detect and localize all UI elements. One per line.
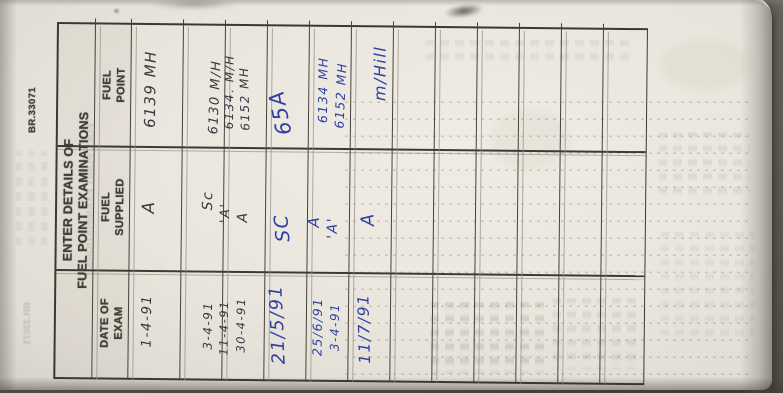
entry-fuel-supplied-6: 'A' xyxy=(323,212,343,244)
form-number: BR.33071 xyxy=(25,84,40,136)
entry-fuel-point-4: 65A xyxy=(257,79,303,146)
entry-date-5: 25/6/91 xyxy=(307,280,327,374)
grid-vline xyxy=(599,24,604,385)
column-header-fuel-supplied: FUEL SUPPLIED xyxy=(97,148,129,265)
fuel-exam-table: ENTER DETAILS OF FUEL POINT EXAMINATIONS… xyxy=(53,22,648,385)
entry-fuel-point-7: m/Hill xyxy=(364,24,395,122)
entry-date-7: 11/7/91 xyxy=(348,283,380,374)
column-header-date-of-exam: DATE OF EXAM xyxy=(96,272,128,373)
entry-fuel-supplied-7: A xyxy=(353,201,383,239)
entry-fuel-supplied-3: A xyxy=(233,200,253,234)
table-title-line1: ENTER DETAILS OF xyxy=(60,112,77,289)
grid-vline xyxy=(473,22,478,383)
entry-fuel-supplied-5: A xyxy=(303,206,325,236)
entry-date-3: 30-4-91 xyxy=(231,280,250,370)
entry-date-4: 21/5/91 xyxy=(257,271,297,378)
grid-hline xyxy=(58,145,646,153)
entry-date-2: 11-4-91 xyxy=(214,286,233,370)
entry-date-0: 1-4-91 xyxy=(133,278,160,364)
scan-smudge xyxy=(150,0,238,10)
show-through-text-smudge xyxy=(660,232,755,342)
scan-smudge xyxy=(113,8,120,14)
show-through-text-smudge xyxy=(658,132,750,196)
column-header-fuel-point: FUEL POINT xyxy=(99,28,131,141)
entry-fuel-supplied-0: A xyxy=(135,186,163,228)
grid-vline xyxy=(515,23,520,384)
grid-vline xyxy=(557,23,562,384)
entry-fuel-point-6: 6152 MH xyxy=(329,46,352,145)
entry-fuel-supplied-4: SC xyxy=(264,203,300,252)
show-through-text-smudge xyxy=(16,150,48,246)
entry-date-6: 3-4-91 xyxy=(325,288,344,366)
grid-vline xyxy=(179,19,184,380)
paper-stain xyxy=(660,40,750,90)
entry-fuel-point-0: 6139 MH xyxy=(135,36,166,142)
scanned-logbook-photo: BR.33071 BR.33071 ENTER DETAILS OF FUEL … xyxy=(0,0,783,393)
entry-fuel-point-3: 6152 MH xyxy=(234,56,255,142)
form-number-show-through: BR.33071 xyxy=(20,296,35,352)
grid-hline xyxy=(56,269,644,277)
grid-vline xyxy=(431,22,436,383)
